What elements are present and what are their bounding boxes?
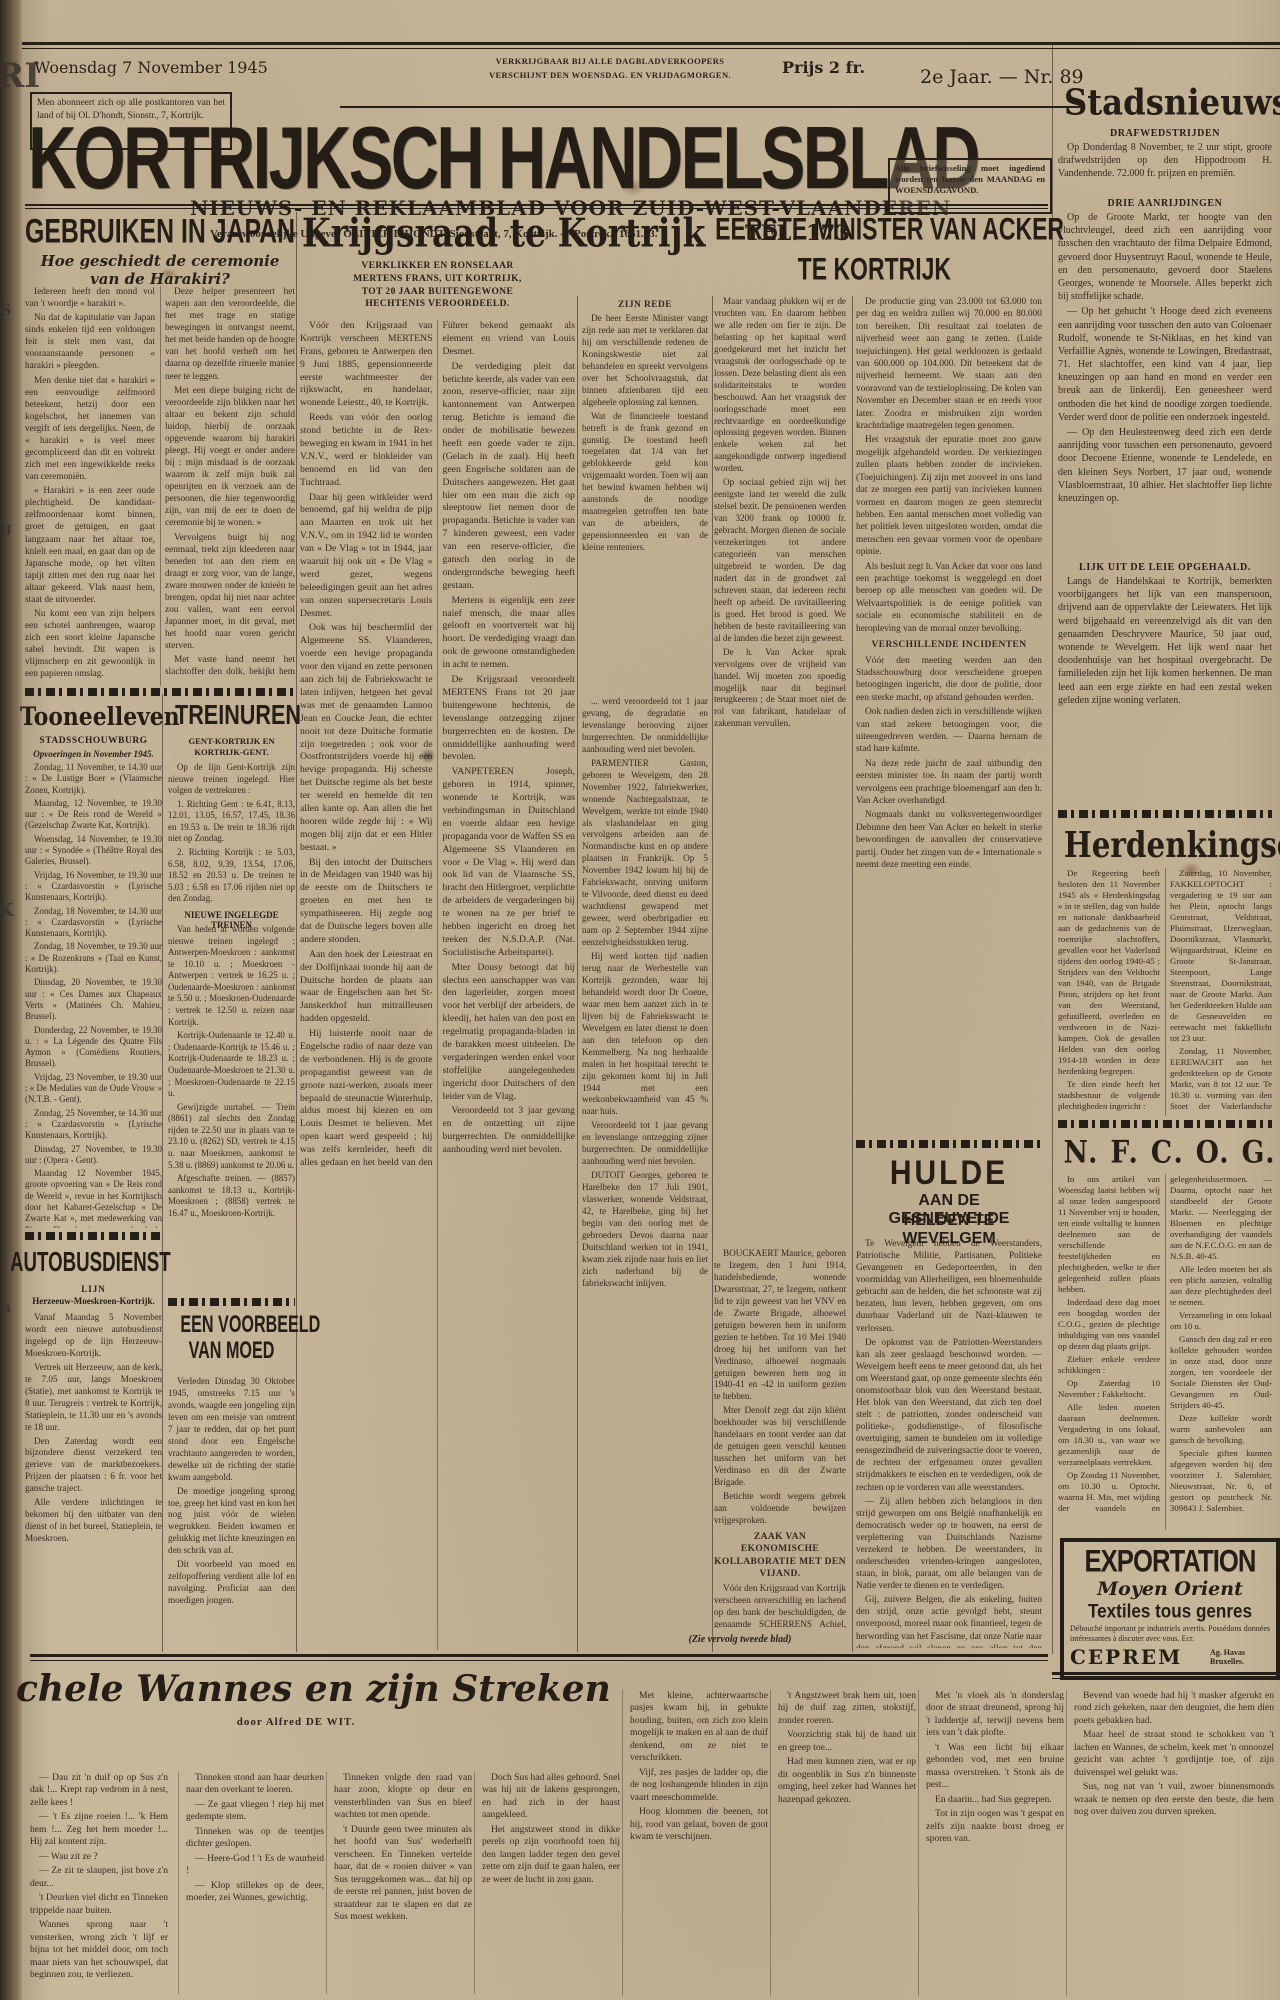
paragraph: Tot in zijn oogen was 't gespat en zelfs… [926,1808,1064,1845]
export-ad-brand: CEPREM [1070,1645,1182,1669]
section-divider [168,1298,295,1306]
japan-subhead: Hoe geschiedt de ceremonie van de Haraki… [25,252,295,288]
paragraph: Hoog klommen die beenen, tot hij, rood v… [630,1806,768,1843]
header-bottom-rule [25,204,1048,206]
hulde-body: Te Wevelgem hebben de Weerstanders, Patr… [856,1238,1042,1648]
krijgsraad-headline: Krijgsraad te Kortrijk [302,210,692,252]
paragraph: Met 'n vloek als 'n donderslag door de s… [926,1690,1064,1740]
paragraph: En daarin... had Sus gegrepen. [926,1794,1064,1806]
treinen-heading: TREINUREN [168,700,295,728]
paragraph: Ziehier enkele verdere schikkingen : [1058,1354,1160,1376]
krijgsraad-headline-text: Krijgsraad te Kortrijk [302,210,705,256]
stadsnieuws-item-body: Op Donderdag 8 November, te 2 uur stipt,… [1058,141,1272,195]
paragraph: Zondag, 11 November, te 14.30 uur : « De… [25,762,162,796]
paragraph: Tinneken volgde den raad van haar zoon, … [334,1772,472,1822]
feuilleton-top-rule-right [1052,1672,1280,1675]
section-divider [1058,1120,1272,1128]
paragraph: 2. Richting Kortrijk : te 5.03, 6.58, 8.… [168,847,295,905]
paragraph: Vrijdag, 16 November, te 19.30 uur : « C… [25,870,162,904]
paragraph: Mter Denolf zegt dat zijn kliënt boekhou… [714,1405,846,1489]
paragraph: Zondag, 18 November, te 14.30 uur : « Cz… [25,906,162,940]
paragraph: Gansch den dag zal er een kollekte gehou… [1170,1334,1272,1411]
moed-heading-line2: VAN MOED [189,1338,275,1366]
column-rule [712,296,713,1652]
paragraph: De h. Van Acker sprak vervolgens over de… [714,647,846,731]
paragraph: Op de lijn Gent-Kortrijk zijn nieuwe tre… [168,762,295,797]
paragraph: Hij werd korten tijd nadien terug naar d… [582,951,708,1118]
autobus-subhead: LIJN [25,1284,162,1294]
incidents-subhead: VERSCHILLENDE INCIDENTEN [856,639,1042,652]
paragraph: — Wau zit ze ? [30,1851,168,1863]
herdenking-heading-text: Herdenkingsdag [1064,824,1280,866]
paragraph: Donderdag, 22 November, te 19.30 u. : « … [25,1025,162,1070]
case2-text: Vóór den Krijgsraad van Kortrijk versche… [714,1583,846,1628]
paragraph: Dit voorbeeld van moed en zelfopoffering… [168,1559,295,1607]
paragraph: PARMENTIER Gaston, geboren te Wevelgem, … [582,758,708,949]
paragraph: 't Angstzweet brak hem uit, toen hij de … [778,1690,916,1727]
section-divider [25,688,295,696]
paragraph: 1. Richting Gent : te 6.41, 8.13, 12.01,… [168,799,295,845]
paragraph: De Krijgsraad veroordeelt MERTENS Frans … [443,674,576,764]
paragraph: Dinsdag, 20 November, te 19.30 uur : « C… [25,977,162,1022]
paragraph: — Op den Heulesteenweg deed zich een der… [1058,426,1272,505]
paragraph: Tinneken stond aan haar deurken naar den… [186,1772,324,1797]
kicker-line: MERTENS FRANS, UIT KORTRIJK, [300,273,575,286]
kicker-line: HECHTENIS VEROORDEELD. [300,298,575,311]
paragraph: Vanaf Maandag 5 November wordt een nieuw… [25,1312,162,1360]
feuilleton-column: Tinneken stond aan haar deurken naar den… [178,1772,324,1994]
stadsnieuws-item-title: LIJK UIT DE LEIE OPGEHAALD. [1058,562,1272,573]
tooneel-heading-text: Tooneelleven [20,702,180,732]
tooneel-intro: Opvoeringen in November 1945. [25,749,162,759]
autobus-body: Vanaf Maandag 5 November wordt een nieuw… [25,1312,162,1646]
paragraph: Doch Sus had alles gehoord. Snel was hij… [482,1772,620,1822]
paragraph: In ons artikel van Woensdag laatst hebbe… [1058,1174,1160,1295]
distribution-line-2: VERSCHIJNT DEN WOENSDAG. EN VRIJDAGMORGE… [455,70,765,80]
paragraph: Gij, zuivere Belgen, die als enkeling, b… [856,1594,1042,1648]
paragraph: Tinneken was op de teentjes dichter gesl… [186,1826,324,1851]
feuilleton-column: Met 'n vloek als 'n donderslag door de s… [918,1690,1064,1996]
stadsnieuws-item-body: Op de Groote Markt, ter hoogte van den v… [1058,211,1272,559]
paragraph: Maar vandaag plukken wij er de vruchten … [714,296,846,475]
paragraph: Vóór den Krijgsraad van Kortrijk versche… [300,320,433,410]
paragraph: Op Donderdag 8 November, te 2 uur stipt,… [1058,141,1272,181]
stadsnieuws-item-title: DRIE AANRIJDINGEN [1058,198,1272,209]
feuilleton-top-rule-thin [30,1660,1048,1661]
paragraph: Had men kunnen zien, wat er op dit oogen… [778,1756,916,1806]
paragraph: Zondag, 25 November, te 14.30 uur : « Cz… [25,1108,162,1142]
minister-subhead: ZIJN REDE [582,300,708,310]
export-ad-line3: Textiles tous genres [1075,1600,1265,1623]
paragraph: Iedereen heeft den mond vol van 't woord… [25,286,155,310]
export-ad-title: EXPORTATION [1075,1544,1265,1580]
fold-fragment: g [2,520,12,536]
herdenking-heading: Herdenkingsdag [1052,824,1274,862]
paragraph: Alle leden moeten daaraan deelnemen. Ver… [1058,1402,1160,1468]
stadsnieuws-heading-text: Stadsnieuws [1064,82,1280,124]
tooneel-subhead: STADSSCHOUWBURG [25,736,162,746]
paragraph: 't Duurde geen twee minuten als het hoof… [334,1824,472,1924]
paragraph: Daar hij geen witkleider werd benoemd, g… [300,492,433,621]
paragraph: Mertens is eigenlijk een zeer naïef mens… [443,595,576,672]
minister-headline-2: TE KORTRIJK [700,252,1048,281]
paragraph: Kortrijk-Oudenaarde te 12.40 u. ; Oudena… [168,1030,295,1099]
paragraph: Bij den intocht der Duitschers in de Mei… [300,857,433,947]
paragraph: Inderdaad deze dag moet een hoogdag word… [1058,1297,1160,1352]
paragraph: Mter Dousy betoogt dat hij slechts een a… [443,962,576,1104]
herdenking-body: De Regeering heeft besloten den 11 Novem… [1058,868,1272,1116]
paragraph: Alle leden moeten het als een plicht aan… [1170,1264,1272,1308]
paragraph: Vóór den Krijgsraad van Kortrijk versche… [714,1583,846,1628]
krijgsraad-kicker: VERKLIKKER EN RONSELAAR MERTENS FRANS, U… [300,260,575,311]
autobus-subhead-2: Herzeeuw-Moeskroen-Kortrijk. [25,1296,162,1306]
paragraph: Verzameling in ons lokaal om 10 u. [1170,1310,1272,1332]
paragraph: Dinsdag, 27 November, te 19.30 uur : (Op… [25,1144,162,1167]
feuilleton-top-rule-right-thin [1052,1678,1280,1679]
paragraph: Nu dat de kapitulatie van Japan sinds en… [25,312,155,372]
export-ad-agency: Ag. Havas Bruxelles. [1210,1648,1270,1666]
paragraph: Betichte wordt wegens gebrek aan voldoen… [714,1491,846,1527]
paragraph: Te dien einde heeft het stadsbestuur de … [1058,1079,1160,1112]
treinen-body-1: Op de lijn Gent-Kortrijk zijn nieuwe tre… [168,762,295,908]
paragraph: Op sociaal gebied zijn wij het eenigste … [714,477,846,644]
minister-headline-text: EERSTE MINISTER VAN ACKER [715,212,1064,248]
hulde-heading-line1: HULDE [890,1154,1008,1193]
minister-col3b-text: Vóór den meeting werden aan den Stadssch… [856,655,1042,872]
feuilleton-title-block: chele Wannes en zijn Streken door Alfred… [16,1668,706,1764]
column-rule [296,212,297,1652]
section-divider [25,1232,162,1240]
issue-date: Woensdag 7 November 1945 [34,58,268,77]
paragraph: Veroordeeld tot 3 jaar gevang en de ontz… [443,1105,576,1157]
paragraph: ... werd veroordeeld tot 1 jaar gevang, … [582,696,708,756]
export-ad: EXPORTATION Moyen Orient Textiles tous g… [1060,1538,1280,1680]
paragraph: Het angstzweet stond in dikke perels op … [482,1824,620,1886]
section-divider [856,1140,1042,1148]
paragraph: Te Wevelgem hebben de Weerstanders, Patr… [856,1238,1042,1335]
top-rule [22,42,1280,45]
kicker-line: VERKLIKKER EN RONSELAAR [300,260,575,273]
minister-headline-text-2: TE KORTRIJK [797,252,950,288]
paragraph: Maar heel de straat stond te schokken va… [1074,1729,1274,1779]
paragraph: Nu komt een van zijn helpers een schotel… [25,608,155,680]
minister-col3a-text: De productie ging van 23.000 tot 63.000 … [856,296,1042,635]
feuilleton-column: Met kleine, achterwaartsche pasjes kwam … [622,1690,768,1996]
nfcog-heading: N. F. C. O. G. [1058,1134,1272,1167]
paragraph: Gewijzigde uurtabel. — Trein (8861) zal … [168,1102,295,1171]
kicker-line: TOT 20 JAAR BUITENGEWONE [300,286,575,299]
minister-col-3: De productie ging van 23.000 tot 63.000 … [856,296,1042,1134]
paragraph: Met een diepe buiging richt de veroordee… [165,385,295,530]
paragraph: « Harakiri » is een zeer oude plechtighe… [25,485,155,606]
paragraph: Alle verdere inlichtingen te bekomen bij… [25,1497,162,1545]
distribution-line-1: VERKRIJGBAAR BIJ ALLE DAGBLADVERKOOPERS [455,56,765,66]
nfcog-heading-text: N. F. C. O. G. [1064,1134,1277,1170]
paragraph: Op de Groote Markt, ter hoogte van den v… [1058,211,1272,303]
paragraph: — Ze zit te slaupen, jist bove z'n deur.… [30,1865,168,1890]
moed-heading-line1: EEN VOORBEELD [180,1312,320,1340]
continuation-note: (Zie vervolg tweede blad) [640,1634,840,1645]
paragraph: Maandag 12 November 1945, groote opvoeri… [25,1168,162,1228]
fold-fragment: K [0,900,14,921]
paragraph: — Dau zit 'n duif op op Sus z'n dak !...… [30,1772,168,1809]
paragraph: Sus, nog nat van 't vuil, zwoer binnensm… [1074,1781,1274,1818]
paragraph: — Klop stillekes op de deer, moeder, zei… [186,1880,324,1905]
paragraph: De opkomst van de Patriotten-Weerstander… [856,1337,1042,1494]
paragraph: Reeds van vóór den oorlog stond betichte… [300,412,433,489]
paragraph: Den Zaterdag wordt een bijzondere dienst… [25,1436,162,1496]
feuilleton-byline: door Alfred DE WIT. [16,1716,576,1728]
masthead-title-text: KORTRIJKSCH HANDELSBLAD [28,108,978,209]
newspaper-page: RI S g K a Woensdag 7 November 1945 VERK… [0,0,1280,2000]
paragraph: Afgeschafte treinen. — (8857) aankomst t… [168,1173,295,1219]
feuilleton-column: — Dau zit 'n duif op op Sus z'n dak !...… [30,1772,168,1994]
japan-headline-text: GEBRUIKEN IN JAPAN [25,212,295,252]
paragraph: Het vraagstuk der epuratie moet zoo gauw… [856,434,1042,558]
feuilleton-column: Tinneken volgde den raad van haar zoon, … [326,1772,472,1994]
paragraph: BOUCKAERT Maurice, geboren te Izegem, de… [714,1248,846,1403]
paragraph: Met kleine, achterwaartsche pasjes kwam … [630,1690,768,1765]
paragraph: — Ze gaat vliegen ! riep hij met gedempt… [186,1799,324,1824]
moed-body: Verleden Dinsdag 30 Oktober 1945, omstre… [168,1376,295,1648]
paragraph: 't Was een licht bij elkaar gebonden vod… [926,1742,1064,1792]
minister-headline-1: EERSTE MINISTER VAN ACKER [700,212,1048,241]
feuilleton-column: 't Angstzweet brak hem uit, toen hij de … [770,1690,916,1996]
paragraph: Nogmaals dankt nu volksvertegenwoordiger… [856,809,1042,871]
paragraph: Ook nadien deden zich in verschillende w… [856,706,1042,756]
treinen-heading-text: TREINUREN [175,700,301,732]
paragraph: Men denke niet dat « harakiri » een eenv… [25,375,155,484]
paragraph: Als besluit zegt h. Van Acker dat voor o… [856,561,1042,635]
tooneel-listings: Zondag, 11 November, te 14.30 uur : « De… [25,762,162,1228]
paragraph: Zaterdag, 10 November, FAKKELOPTOCHT : v… [1170,868,1272,1044]
paragraph: Voorzichtig stak hij de hand uit en gree… [778,1729,916,1754]
nfcog-body: In ons artikel van Woensdag laatst hebbe… [1058,1174,1272,1530]
paragraph: Wannes sprong naar 't vensterken, wrong … [30,1919,168,1981]
paragraph: — 't Es zijne roeien !... 'k Hem hem !..… [30,1811,168,1848]
paragraph: Wat de financieele toestand betreft is d… [582,411,708,554]
treinen-body-2: Van heden af worden volgende nieuwe trei… [168,924,295,1294]
section-divider [1058,810,1272,818]
tooneel-heading: Tooneelleven [20,702,160,729]
correspondence-text: Alle briefwisseling moet ingediend worde… [895,163,1045,197]
japan-headline: GEBRUIKEN IN JAPAN [25,212,295,243]
stadsnieuws-heading: Stadsnieuws [1058,82,1272,122]
paragraph: Verleden Dinsdag 30 Oktober 1945, omstre… [168,1376,295,1484]
krijgsraad-continuation-b: BOUCKAERT Maurice, geboren te Izegem, de… [714,1248,846,1628]
fold-fragment: S [0,300,12,319]
fold-fragment: a [2,1300,11,1316]
paragraph: Deze kollekte wordt warm aanbevolen aan … [1170,1413,1272,1446]
paragraph: DUTOIT Georges, geboren te Harelbeke den… [582,1170,708,1290]
case2-heading: ZAAK VAN EKONOMISCHE KOLLABORATIE MET DE… [714,1531,846,1580]
feuilleton-column: Doch Sus had alles gehoord. Snel was hij… [474,1772,620,1994]
paragraph: Vrijdag, 23 November, te 19.30 uur : « D… [25,1072,162,1106]
feuilleton-column: Bevend van woede had hij 't masker afger… [1066,1690,1274,1996]
top-rule-thin [22,48,1280,49]
paragraph: 't Deurken viel dicht en Tinneken trippe… [30,1892,168,1917]
paragraph: Aan den hoek der Leiestraat en der Dolfi… [300,949,433,1026]
minister-col-1: ZIJN REDE De heer Eerste Minister vangt … [582,296,708,690]
paragraph: Van heden af worden volgende nieuwe trei… [168,924,295,1028]
stadsnieuws-item-title: DRAFWEDSTRIJDEN [1058,128,1272,139]
paragraph: De verdediging pleit dat betichte keerde… [443,361,576,593]
hulde-heading: HULDE [856,1154,1042,1188]
krijgsraad-contb-text: BOUCKAERT Maurice, geboren te Izegem, de… [714,1248,846,1527]
paragraph: — Op het gehucht 't Hooge deed zich even… [1058,305,1272,424]
paragraph: Na deze rede juicht de zaal uitbundig de… [856,758,1042,808]
paragraph: Bevend van woede had hij 't masker afger… [1074,1690,1274,1727]
krijgsraad-body: Vóór den Krijgsraad van Kortrijk versche… [300,320,575,1650]
autobus-heading-text: AUTOBUSDIENST [10,1246,171,1279]
paragraph: Ook was hij beschermlid der Algemeene SS… [300,622,433,854]
paragraph: Deze helper presenteert het wapen aan de… [165,286,295,383]
paragraph: Speciale giften kunnen afgegeven worden … [1170,1448,1272,1514]
paragraph: Vervolgens buigt hij nog eenmaal, trekt … [165,532,295,653]
paragraph: — Zij allen hebben zich belangloos in de… [856,1496,1042,1593]
header-bottom-rule-thin [25,208,1048,209]
feuilleton-top-rule [30,1654,1048,1657]
minister-col1-text: De heer Eerste Minister vangt zijn rede … [582,313,708,554]
autobus-heading: AUTOBUSDIENST [10,1246,170,1272]
paragraph: Vóór den meeting werden aan den Stadssch… [856,655,1042,705]
column-rule [162,694,163,1652]
moed-heading: EEN VOORBEELD VAN MOED [168,1312,295,1360]
paragraph: Op Zaterdag 10 November : Fakkeltocht. [1058,1378,1160,1400]
export-ad-line2: Moyen Orient [1070,1578,1270,1600]
paragraph: De Regeering heeft besloten den 11 Novem… [1058,868,1160,1077]
paragraph: Zondag, 18 November, te 19.30 uur : « De… [25,941,162,975]
paragraph: De productie ging van 23.000 tot 63.000 … [856,296,1042,432]
export-ad-body: Débouché important pr industriels averti… [1070,1624,1270,1644]
stadsnieuws-item-body: Langs de Handelskaai te Kortrijk, bemerk… [1058,575,1272,805]
paragraph: VANPETEREN Joseph, geboren in 1914, spin… [443,766,576,959]
paragraph: Langs de Handelskaai te Kortrijk, bemerk… [1058,575,1272,707]
paragraph: De heer Eerste Minister vangt zijn rede … [582,313,708,409]
column-rule [852,296,853,1652]
treinen-subhead: GENT-KORTRIJK EN KORTRIJK-GENT. [168,736,295,758]
paragraph: Maandag, 12 November, te 19.30 uur : « D… [25,798,162,832]
feuilleton-title: chele Wannes en zijn Streken [16,1668,611,1710]
minister-col-2: Maar vandaag plukken wij er de vruchten … [714,296,846,1240]
paragraph: Vertrek uit Herzeeuw, aan de kerk, te 7.… [25,1362,162,1434]
paragraph: — Heere-God ! 't Es de waurheid ! [186,1853,324,1878]
paragraph: Woensdag, 14 November, te 19.30 uur : « … [25,834,162,868]
japan-body: Iedereen heeft den mond vol van 't woord… [25,286,295,686]
price: Prijs 2 fr. [782,58,865,77]
paragraph: De moedige jongeling sprong toe, greep h… [168,1486,295,1558]
paragraph: Veroordeeld tot 1 jaar gevang en levensl… [582,1120,708,1168]
paragraph: Vijf, zes pasjes de ladder op, die de no… [630,1767,768,1804]
krijgsraad-continuation-a: ... werd veroordeeld tot 1 jaar gevang, … [582,696,708,1646]
column-rule [577,296,578,1652]
